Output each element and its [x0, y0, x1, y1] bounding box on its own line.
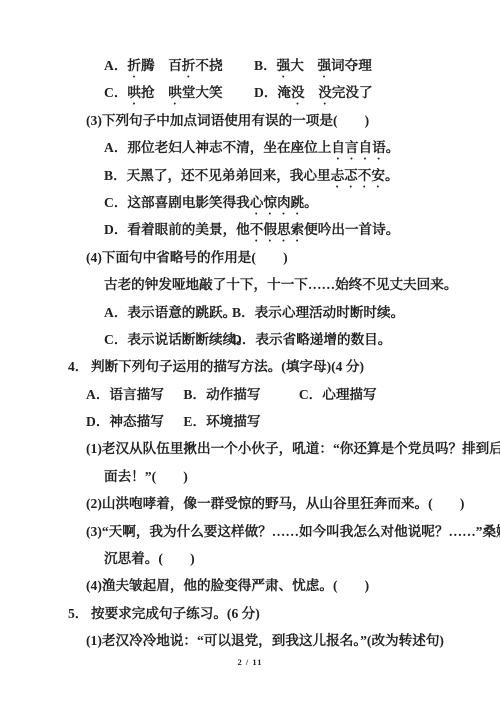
describe-method-choice-b: B．动作描写 [183, 381, 295, 408]
item4-sub1-line1: (1)老汉从队伍里揪出一个小伙子，吼道：“你还算是个党员吗？排到后 [0, 435, 500, 462]
text-segment: 。 [386, 140, 400, 155]
item4-stem: 判断下列句子运用的描写方法。(填字母)(4 分) [91, 353, 364, 380]
item5-sub1-line1: (1)老汉冷冷地说：“可以退党，到我这儿报名。”(改为转述句) [0, 627, 500, 654]
text-segment: 便吟出一首诗。 [304, 222, 399, 237]
item4-sub3-line2: 沉思着。( ) [0, 545, 500, 572]
emphasized-word: 哄 [127, 85, 141, 100]
q4-sentence: 古老的钟发哑地敲了十下，十一下……始终不见丈夫回来。 [0, 271, 500, 298]
q3-option-c: C．这部喜剧电影笑得我心惊肉跳。 [0, 189, 500, 216]
emphasized-word: 心惊肉跳 [250, 195, 304, 210]
emphasized-word: 哄 [168, 85, 182, 100]
word-pair-option-b: B．强大 强词夺理 [254, 52, 372, 79]
item4-choices-row: D．神态描写 E．环境描写 [0, 408, 500, 435]
text-segment: 不挠 [195, 58, 222, 73]
describe-method-choice-a: A．语言描写 [86, 381, 180, 408]
text-segment: 腾 百 [141, 58, 182, 73]
item5-stem: 按要求完成句子练习。(6 分) [91, 600, 260, 627]
q3-option-d: D．看着眼前的美景，他不假思索便吟出一首诗。 [0, 216, 500, 243]
text-segment: 大 [290, 58, 317, 73]
word-pair-option-c: C．哄抢 哄堂大笑 [104, 79, 254, 106]
text-segment: 堂大笑 [182, 85, 223, 100]
item4-number: 4． [68, 353, 91, 380]
text-segment: 。 [385, 168, 399, 183]
emphasized-word: 不假思索 [250, 222, 304, 237]
emphasized-word: 折 [127, 58, 141, 73]
emphasized-word: 自言自语 [331, 140, 385, 155]
item4-choices-row: A．语言描写 B．动作描写 C．心理描写 [0, 381, 500, 408]
emphasized-word: 没 [291, 85, 305, 100]
q4-options-row: C．表示说话断断续续。 D．表示省略递增的数目。 [0, 326, 500, 353]
emphasized-word: 没 [318, 85, 332, 100]
item4-sub2-line1: (2)山洪咆哮着，像一群受惊的野马，从山谷里狂奔而来。( ) [0, 490, 500, 517]
word-pair-option-a: A．折腾 百折不挠 [104, 52, 254, 79]
text-segment [305, 85, 319, 100]
q4-option-c: C．表示说话断断续续。 [104, 326, 232, 353]
emphasized-word: 强 [317, 58, 331, 73]
emphasized-word: 忐忑不安 [331, 168, 385, 183]
describe-method-choice-c: C．心理描写 [299, 387, 377, 402]
q4-stem: (4)下面句中省略号的作用是( ) [0, 244, 500, 271]
item5-row: 5． 按要求完成句子练习。(6 分) [0, 600, 500, 627]
text-segment: D．淹 [254, 85, 291, 100]
word-pair-option-d: D．淹没 没完没了 [254, 79, 373, 106]
item4-sub3-line1: (3)“天啊，我为什么要这样做？……如今叫我怎么对他说呢？……”桑娜 [0, 518, 500, 545]
q3-option-b: B．天黑了，还不见弟弟回来，我心里忐忑不安。 [0, 162, 500, 189]
q3-option-a: A．那位老妇人神志不清，坐在座位上自言自语。 [0, 134, 500, 161]
q4-option-d: D．表示省略递增的数目。 [232, 326, 391, 353]
page-number: 2 / 11 [0, 657, 500, 668]
text-segment: 抢 [141, 85, 168, 100]
text-segment: B． [254, 58, 277, 73]
q4-options-row: A．表示语意的跳跃。 B．表示心理活动时断时续。 [0, 299, 500, 326]
text-segment: A．那位老妇人神志不清，坐在座位上 [104, 140, 331, 155]
emphasized-word: 强 [277, 58, 291, 73]
q4-option-b: B．表示心理活动时断时续。 [232, 299, 404, 326]
worksheet-page: A．折腾 百折不挠 B．强大 强词夺理 C．哄抢 哄堂大笑 D．淹没 没完没了 … [0, 0, 500, 707]
text-segment: 。 [304, 195, 318, 210]
word-pairs-row: C．哄抢 哄堂大笑 D．淹没 没完没了 [0, 79, 500, 106]
emphasized-word: 折 [182, 58, 196, 73]
describe-method-choice-d: D．神态描写 [86, 408, 180, 435]
word-pairs-row: A．折腾 百折不挠 B．强大 强词夺理 [0, 52, 500, 79]
item4-row: 4． 判断下列句子运用的描写方法。(填字母)(4 分) [0, 353, 500, 380]
text-segment: C．这部喜剧电影笑得我 [104, 195, 250, 210]
text-segment: C． [104, 85, 127, 100]
item5-number: 5． [68, 600, 91, 627]
text-segment: D．看着眼前的美景，他 [104, 222, 250, 237]
text-segment: 完没了 [332, 85, 373, 100]
q4-option-a: A．表示语意的跳跃。 [104, 299, 232, 326]
item4-sub1-line2: 面去！”( ) [0, 463, 500, 490]
text-segment: B．天黑了，还不见弟弟回来，我心里 [104, 168, 331, 183]
q3-stem: (3)下列句子中加点词语使用有误的一项是( ) [0, 107, 500, 134]
text-segment: A． [104, 58, 127, 73]
describe-method-choice-e: E．环境描写 [183, 414, 260, 429]
item4-sub4-line1: (4)渔夫皱起眉，他的脸变得严肃、忧虑。( ) [0, 572, 500, 599]
text-segment: 词夺理 [331, 58, 372, 73]
